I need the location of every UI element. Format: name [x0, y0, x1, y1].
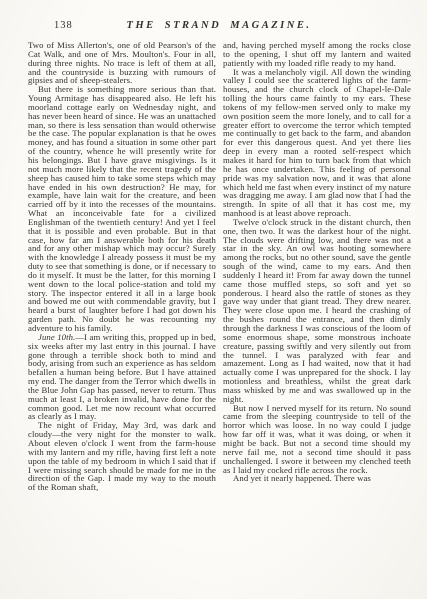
text-columns: Two of Miss Allerton's, one of old Pears…: [28, 41, 411, 492]
paragraph: And yet it nearly happened. There was: [223, 474, 411, 483]
paragraph: Two of Miss Allerton's, one of old Pears…: [28, 41, 216, 85]
paragraph: The night of Friday, May 3rd, was dark a…: [28, 421, 216, 492]
magazine-page: 138 THE STRAND MAGAZINE. Two of Miss All…: [0, 0, 427, 599]
paragraph: It was a melancholy vigil. All down the …: [223, 68, 411, 218]
paragraph: But there is something more serious than…: [28, 85, 216, 333]
paragraph: June 10th.—I am writing this, propped up…: [28, 333, 216, 421]
paragraph: But now I nerved myself for its return. …: [223, 404, 411, 475]
journal-date: June 10th.: [38, 332, 75, 342]
text-column-left: Two of Miss Allerton's, one of old Pears…: [28, 41, 216, 492]
paragraph: and, having perched myself among the roc…: [223, 41, 411, 68]
magazine-title: THE STRAND MAGAZINE.: [28, 20, 410, 31]
text-column-right: and, having perched myself among the roc…: [223, 41, 411, 492]
page-header: 138 THE STRAND MAGAZINE.: [28, 20, 410, 34]
paragraph: Twelve o'clock struck in the distant chu…: [223, 218, 411, 404]
